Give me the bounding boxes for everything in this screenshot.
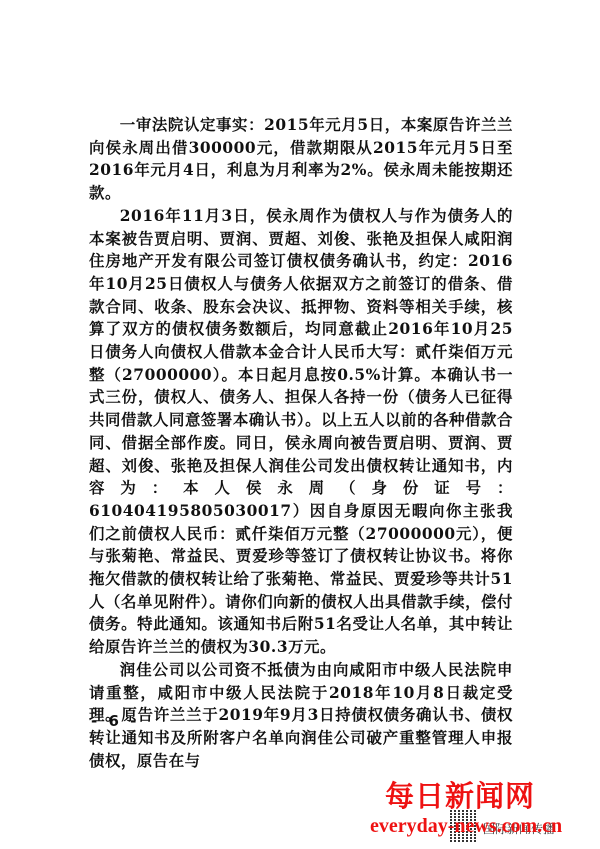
- document-body: 一审法院认定事实：2015年元月5日，本案原告许兰兰向侯永周出借300000元，…: [89, 114, 513, 772]
- page-number: - 6 -: [91, 712, 139, 730]
- paragraph-debt-confirmation: 2016年11月3日，侯永周作为债权人与作为债务人的本案被告贾启明、贾润、贾超、…: [89, 205, 513, 659]
- watermark-logo-text: 每日新闻网: [385, 774, 535, 815]
- paragraph-first-instance-facts: 一审法院认定事实：2015年元月5日，本案原告许兰兰向侯永周出借300000元，…: [89, 114, 513, 205]
- paragraph-reorganization: 润佳公司以公司资不抵债为由向咸阳市中级人民法院申请重整，咸阳市中级人民法院于20…: [89, 659, 513, 773]
- watermark-url: everyday-news.com.cn: [370, 815, 562, 838]
- document-page: 一审法院认定事实：2015年元月5日，本案原告许兰兰向侯永周出借300000元，…: [0, 0, 600, 849]
